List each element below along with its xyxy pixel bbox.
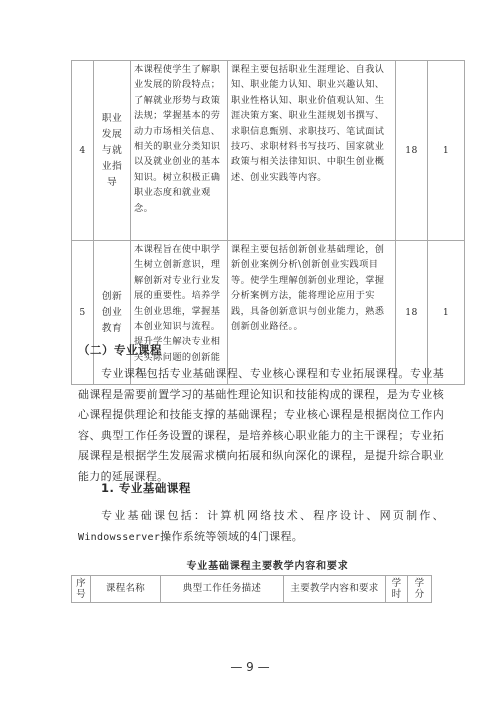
course-credits: 1 xyxy=(428,241,465,385)
header-hours: 学时 xyxy=(386,576,408,603)
course-hours: 18 xyxy=(396,241,428,385)
course-name: 职业发展与就业指导 xyxy=(94,61,131,241)
paragraph-text: 操作系统等领域的4门课程。 xyxy=(160,530,303,543)
section-paragraph: 专业课程包括专业基础课程、专业核心课程和专业拓展课程。专业基础课程是需要前置学习… xyxy=(78,364,444,487)
course-table-continued: 4 职业发展与就业指导 本课程使学生了解职业发展的阶段特点；了解就业形势与政策法… xyxy=(71,60,465,385)
row-number: 5 xyxy=(72,241,94,385)
subsection-paragraph: 专业基础课包括：计算机网络技术、程序设计、网页制作、Windowsserver操… xyxy=(78,506,444,548)
page-number: — 9 — xyxy=(0,660,500,674)
header-number: 序号 xyxy=(72,576,91,603)
header-teaching-content: 主要教学内容和要求 xyxy=(284,576,386,603)
teaching-content: 课程主要包括创新创业基础理论，创新创业案例分析\创新创业实践项目等。使学生理解创… xyxy=(228,241,396,385)
header-task-description: 典型工作任务描述 xyxy=(161,576,284,603)
header-credits: 学分 xyxy=(408,576,432,603)
course-hours: 18 xyxy=(396,61,428,241)
task-description: 本课程使学生了解职业发展的阶段特点；了解就业形势与政策法规；掌握基本的劳动力市场… xyxy=(131,61,228,241)
table-row: 5 创新创业教育 本课程旨在使中职学生树立创新意识，理解创新对专业行业发展的重要… xyxy=(72,241,465,385)
row-number: 4 xyxy=(72,61,94,241)
header-course-name: 课程名称 xyxy=(91,576,161,603)
section-heading: （二）专业课程 xyxy=(78,342,162,358)
course-credits: 1 xyxy=(428,61,465,241)
course-name: 创新创业教育 xyxy=(94,241,131,385)
task-description: 本课程旨在使中职学生树立创新意识，理解创新对专业行业发展的重要性。培养学生创业思… xyxy=(131,241,228,385)
table-header-row: 序号 课程名称 典型工作任务描述 主要教学内容和要求 学时 学分 xyxy=(72,576,432,603)
table-row: 4 职业发展与就业指导 本课程使学生了解职业发展的阶段特点；了解就业形势与政策法… xyxy=(72,61,465,241)
subsection-heading: 1. 专业基础课程 xyxy=(101,480,191,496)
teaching-content: 课程主要包括职业生涯理论、自我认知、职业能力认知、职业兴趣认知、职业性格认知、职… xyxy=(228,61,396,241)
table-caption: 专业基础课程主要教学内容和要求 xyxy=(71,557,464,572)
paragraph-text-mono: Windowsserver xyxy=(78,532,160,543)
foundation-course-table: 序号 课程名称 典型工作任务描述 主要教学内容和要求 学时 学分 xyxy=(71,575,432,603)
paragraph-text: 专业基础课包括：计算机网络技术、程序设计、网页制作、 xyxy=(101,509,444,522)
document-page: 4 职业发展与就业指导 本课程使学生了解职业发展的阶段特点；了解就业形势与政策法… xyxy=(0,0,500,707)
